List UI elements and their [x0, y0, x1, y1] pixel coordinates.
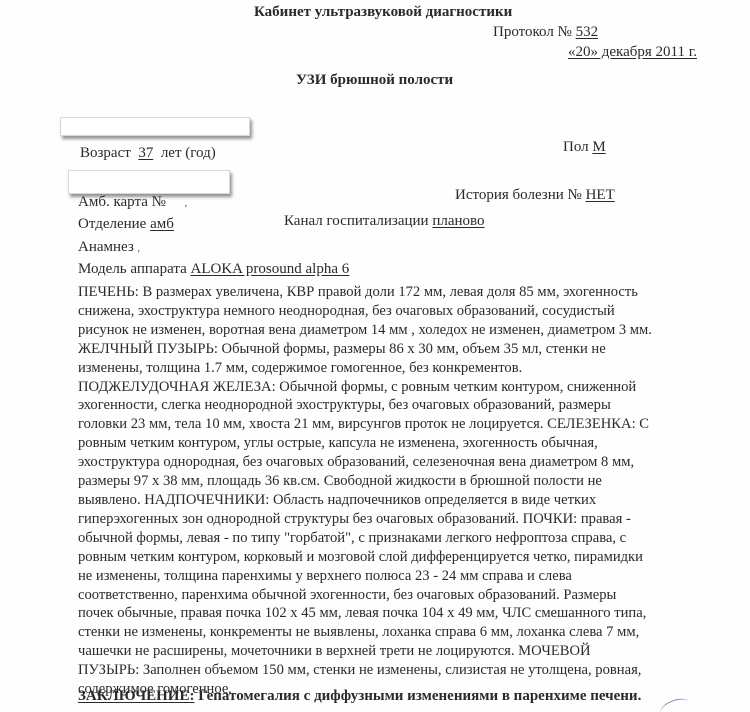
- findings-line: головки 23 мм, тела 10 мм, хвоста 21 мм,…: [78, 415, 746, 434]
- redacted-patient-name: [60, 117, 250, 136]
- hospitalization-value: планово: [432, 213, 484, 229]
- findings-line: изменены, толщина 1.7 мм, содержимое гом…: [78, 359, 746, 378]
- findings-line: ровным четким контуром, углы острые, кап…: [78, 434, 746, 453]
- findings-line: эхогенности, слегка неоднородной эхостру…: [78, 396, 746, 415]
- age-label: Возраст: [80, 145, 131, 161]
- card-value: ,: [185, 198, 187, 208]
- findings-line: обычной формы, левая - по типу "горбатой…: [78, 529, 746, 548]
- findings-line: соответственно, паренхима обычной эхоген…: [78, 586, 746, 605]
- findings-line: не изменены, толщина паренхимы у верхнег…: [78, 567, 746, 586]
- hospitalization-label: Канал госпитализации: [284, 213, 429, 229]
- protocol-line: Протокол № 532: [493, 24, 598, 41]
- department-field: Отделение амб: [78, 216, 174, 233]
- sex-field: Пол М: [563, 139, 606, 156]
- findings-line: выявлено. НАДПОЧЕЧНИКИ: Область надпочеч…: [78, 491, 746, 510]
- findings-line: ПОДЖЕЛУДОЧНАЯ ЖЕЛЕЗА: Обычной формы, с р…: [78, 378, 746, 397]
- history-value: НЕТ: [586, 187, 615, 203]
- findings-line: эхоструктура однородная, без очаговых об…: [78, 453, 746, 472]
- findings-text: ПЕЧЕНЬ: В размерах увеличена, КВР правой…: [78, 283, 746, 699]
- sex-value: М: [592, 139, 605, 155]
- protocol-number: 532: [576, 24, 599, 40]
- findings-line: снижена, эхоструктура немного неоднородн…: [78, 302, 746, 321]
- findings-line: ПЕЧЕНЬ: В размерах увеличена, КВР правой…: [78, 283, 746, 302]
- conclusion-text: Гепатомегалия с диффузными изменениями в…: [194, 688, 641, 704]
- findings-line: чашечки не расширены, мочеточники в верх…: [78, 642, 746, 661]
- findings-line: размеры 97 х 38 мм, площадь 36 кв.см. Св…: [78, 472, 746, 491]
- device-label: Модель аппарата: [78, 261, 187, 277]
- conclusion-label: ЗАКЛЮЧЕНИЕ:: [78, 688, 194, 704]
- findings-line: ЖЕЛЧНЫЙ ПУЗЫРЬ: Обычной формы, размеры 8…: [78, 340, 746, 359]
- protocol-date: «20» декабря 2011 г.: [568, 44, 697, 61]
- device-value: ALOKA prosound alpha 6: [191, 261, 350, 277]
- age-unit: лет (год): [161, 145, 216, 161]
- exam-title: УЗИ брюшной полости: [296, 72, 453, 89]
- age-value: 37: [138, 145, 153, 161]
- findings-line: стенки не изменены, конкременты не выявл…: [78, 623, 746, 642]
- card-field: Амб. карта № ,: [78, 194, 187, 211]
- department-label: Отделение: [78, 216, 146, 232]
- office-title: Кабинет ультразвуковой диагностики: [254, 4, 512, 21]
- history-field: История болезни № НЕТ: [455, 187, 615, 204]
- age-field: Возраст 37 лет (год): [80, 145, 216, 162]
- history-label: История болезни №: [455, 187, 582, 203]
- card-label: Амб. карта №: [78, 194, 166, 210]
- conclusion: ЗАКЛЮЧЕНИЕ: Гепатомегалия с диффузными и…: [78, 688, 641, 705]
- findings-line: гиперэхогенных зон однородной структуры …: [78, 510, 746, 529]
- redacted-patient-info: [68, 170, 230, 194]
- sex-label: Пол: [563, 139, 589, 155]
- hospitalization-field: Канал госпитализации планово: [284, 213, 485, 230]
- anamnesis-label: Анамнез: [78, 239, 134, 255]
- anamnesis-field: Анамнез ,: [78, 239, 140, 256]
- findings-line: рисунок не изменен, воротная вена диамет…: [78, 321, 746, 340]
- protocol-label: Протокол №: [493, 24, 572, 40]
- anamnesis-value: ,: [138, 243, 140, 253]
- department-value: амб: [150, 216, 174, 232]
- findings-line: ПУЗЫРЬ: Заполнен объемом 150 мм, стенки …: [78, 661, 746, 680]
- device-field: Модель аппарата ALOKA prosound alpha 6: [78, 261, 349, 278]
- findings-line: ровным четким контуром, корковый и мозго…: [78, 548, 746, 567]
- findings-line: почек обычные, правая почка 102 х 45 мм,…: [78, 604, 746, 623]
